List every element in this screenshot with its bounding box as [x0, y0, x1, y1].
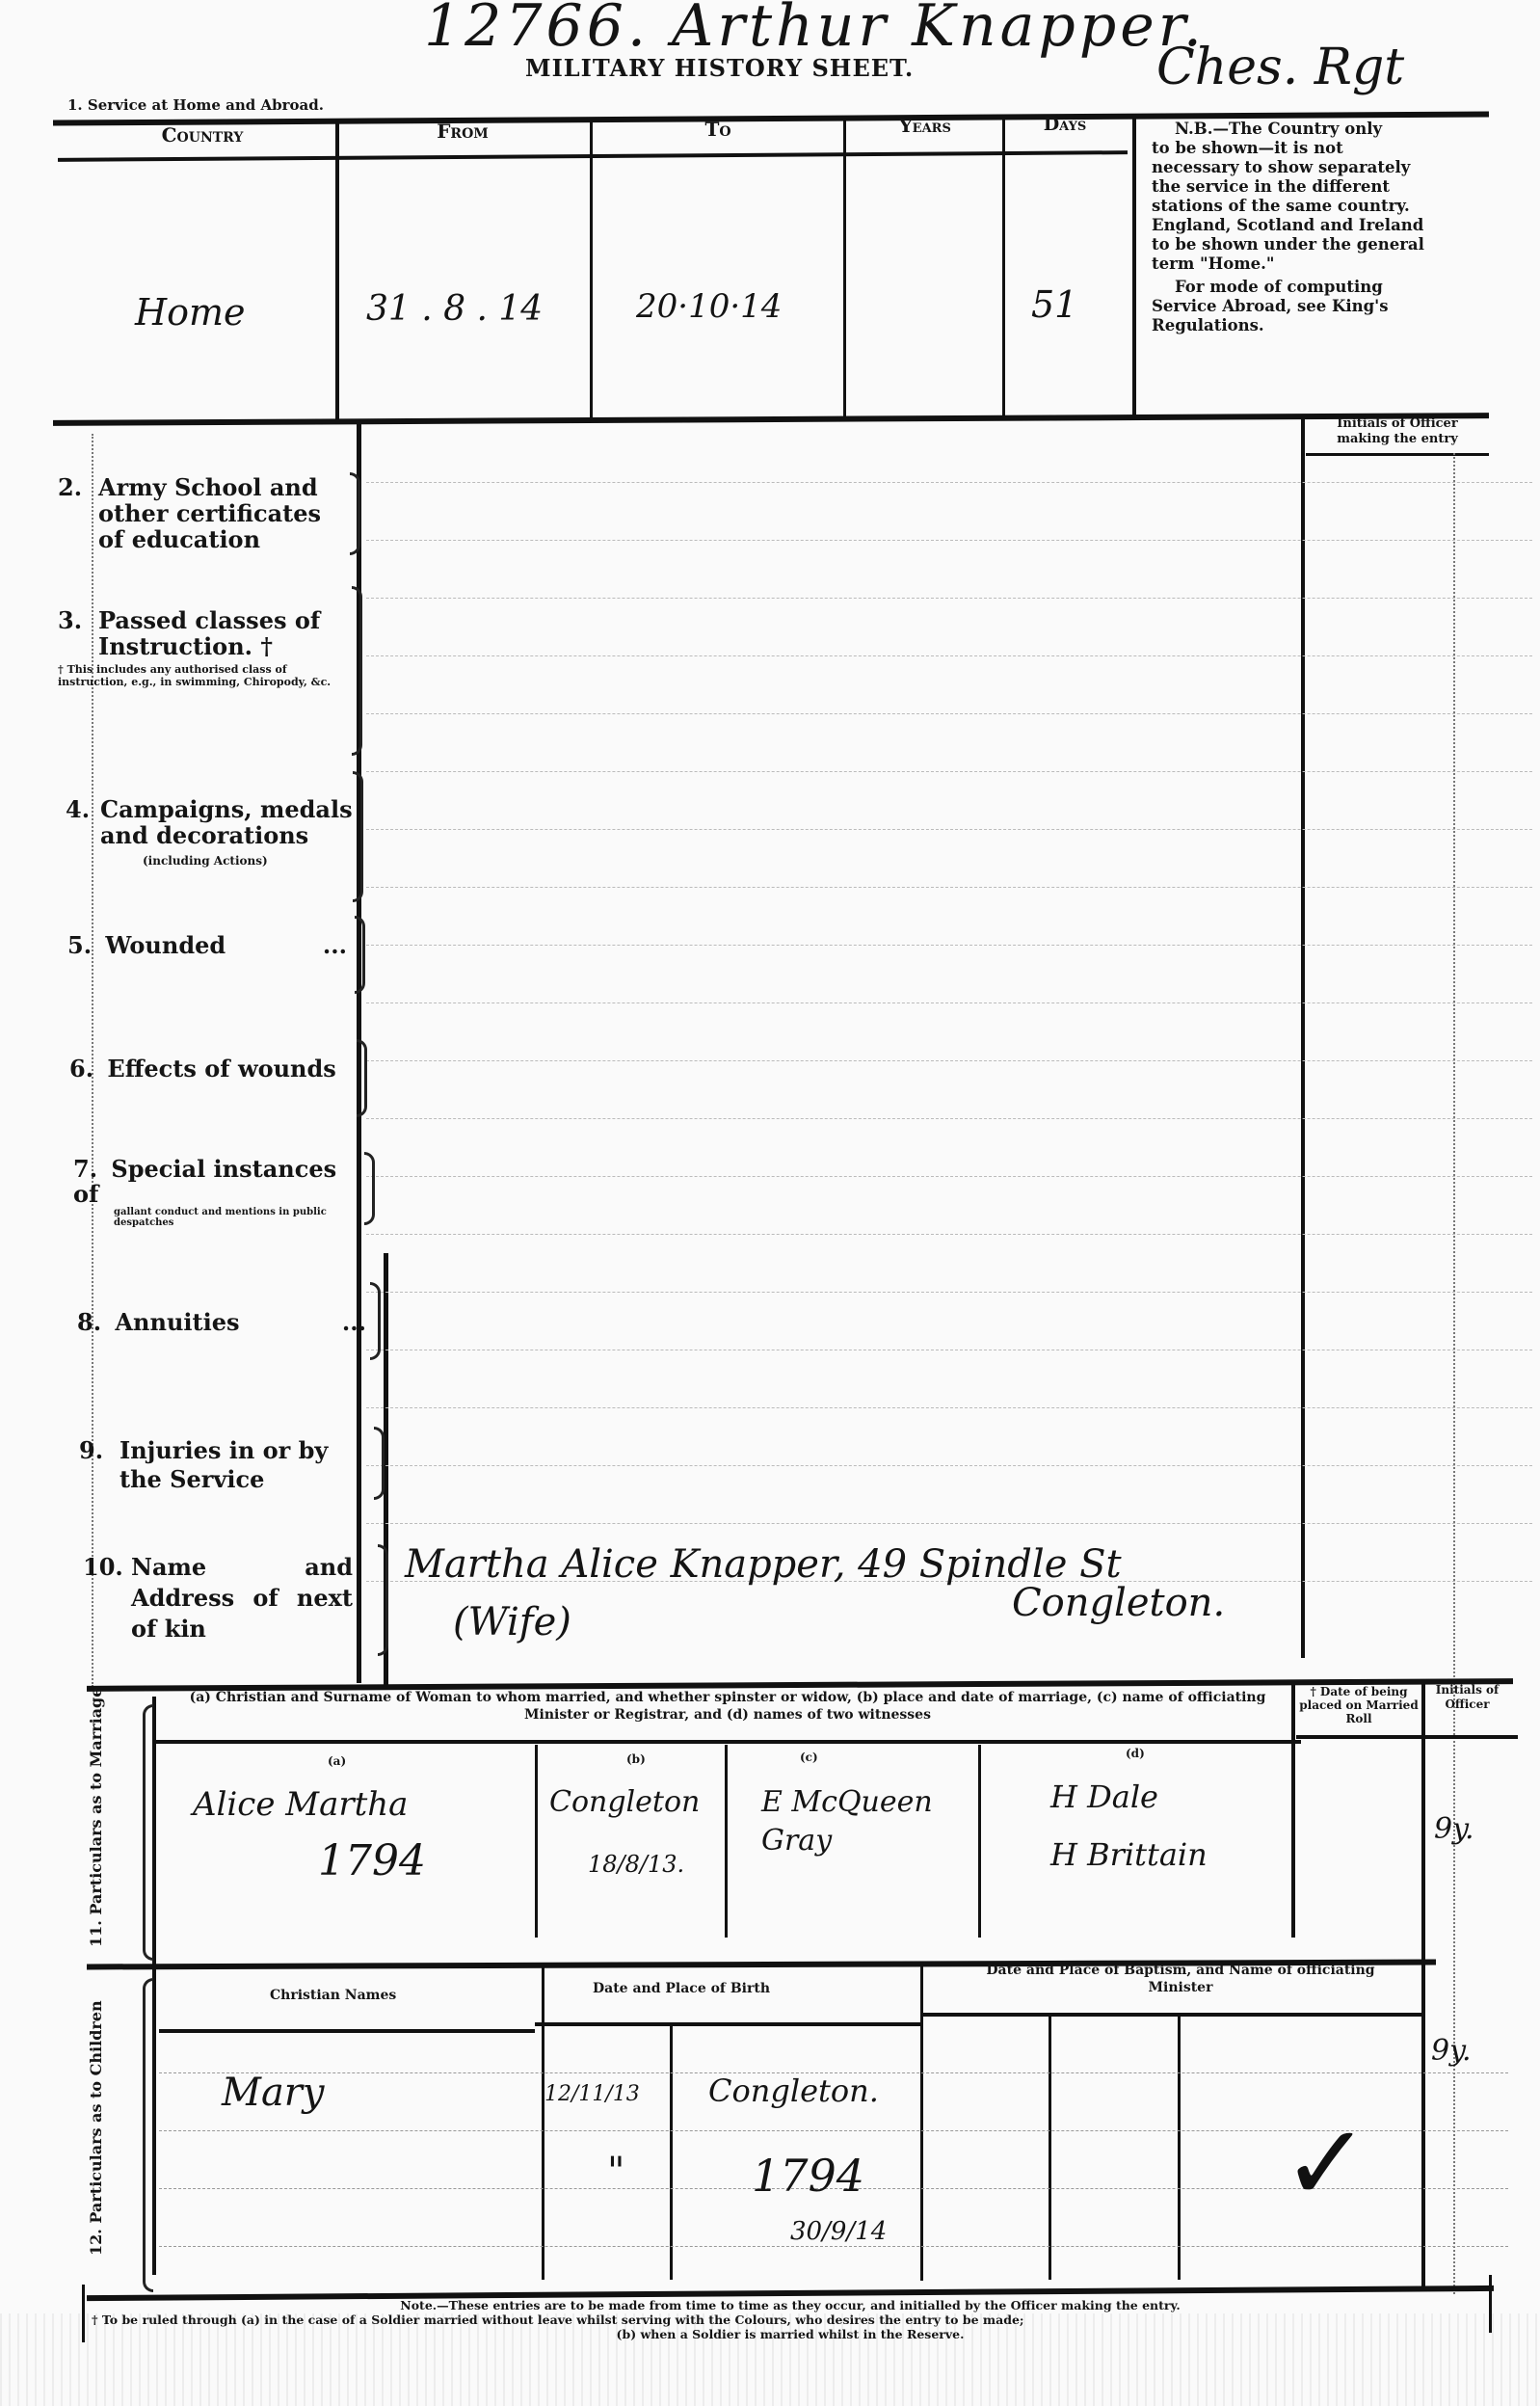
col-letter-b: (b) [626, 1752, 646, 1766]
ditto-mark: " [607, 2150, 624, 2194]
check-mark-icon: ✓ [1282, 2101, 1370, 2225]
item-4: 4. Campaigns, medals and decorations (in… [66, 796, 364, 874]
page-title: MILITARY HISTORY SHEET. [525, 54, 914, 82]
footer-note: Note.—These entries are to be made from … [92, 2298, 1489, 2341]
col-letter-d: (d) [1126, 1747, 1145, 1760]
col-to: To [593, 118, 843, 141]
col-from: From [342, 120, 583, 143]
wife-reference: 1794 [318, 1836, 426, 1885]
item-2: 2. Army School and other certificates of… [58, 474, 347, 552]
col-country: Country [67, 123, 337, 147]
item-7: 7. Special instances of gallant conduct … [73, 1157, 362, 1228]
child-birth-date: 12/11/13 [544, 2082, 640, 2106]
col-days: Days [1007, 114, 1123, 135]
service-to: 20·10·14 [636, 287, 782, 326]
next-of-kin-relation: (Wife) [453, 1600, 571, 1644]
col-years: Years [848, 116, 1002, 137]
section11-side-label: 11. Particulars as to Marriage [87, 1706, 105, 1947]
witness-2: H Brittain [1050, 1836, 1208, 1873]
item-6: 6. Effects of wounds [69, 1055, 368, 1083]
officiating-minister: E McQueen Gray [761, 1783, 973, 1860]
marriage-place: Congleton [549, 1785, 700, 1819]
child-reference-date: 30/9/14 [790, 2217, 887, 2246]
handwritten-soldier-name: 12766. Arthur Knapper. [424, 0, 1206, 60]
item-3: 3. Passed classes of Instruction. † † Th… [58, 607, 357, 688]
wife-name: Alice Martha [193, 1785, 408, 1824]
marriage-date: 18/8/13. [588, 1851, 684, 1878]
col-baptism: Date and Place of Baptism, and Name of o… [969, 1962, 1393, 1996]
service-note: N.B.—The Country only to be shown—it is … [1152, 120, 1489, 335]
marriage-initials: 9y. [1434, 1812, 1474, 1846]
witness-1: H Dale [1050, 1778, 1158, 1815]
col-letter-c: (c) [800, 1751, 818, 1764]
item-9: 9. Injuries in or by the Service [79, 1436, 368, 1494]
item-5: 5. Wounded ... [67, 931, 357, 959]
col-birth: Date and Place of Birth [593, 1981, 770, 1996]
next-of-kin-town: Congleton. [1012, 1581, 1225, 1625]
section1-label: 1. Service at Home and Abroad. [67, 96, 324, 114]
col-letter-a: (a) [328, 1754, 346, 1768]
item-8: 8. Annuities ... [77, 1308, 366, 1336]
service-country: Home [135, 291, 246, 334]
initials-officer-header: Initials of Officer [1431, 1683, 1503, 1712]
service-from: 31 . 8 . 14 [366, 289, 543, 329]
child-reference: 1794 [752, 2150, 864, 2202]
handwritten-regiment: Ches. Rgt [1156, 39, 1404, 96]
children-initials: 9y. [1431, 2034, 1472, 2068]
married-roll-header: † Date of being placed on Married Roll [1296, 1685, 1421, 1725]
service-days: 51 [1031, 283, 1077, 326]
col-christian-names: Christian Names [270, 1988, 396, 2003]
marriage-header: (a) Christian and Surname of Woman to wh… [183, 1689, 1272, 1724]
item-10: 10. Name and Address of next of kin [83, 1552, 372, 1644]
child-birth-place: Congleton. [708, 2072, 879, 2109]
child-name: Mary [222, 2071, 325, 2115]
section12-side-label: 12. Particulars as to Children [87, 2015, 105, 2256]
initials-header: Initials of Officer making the entry [1311, 416, 1484, 447]
